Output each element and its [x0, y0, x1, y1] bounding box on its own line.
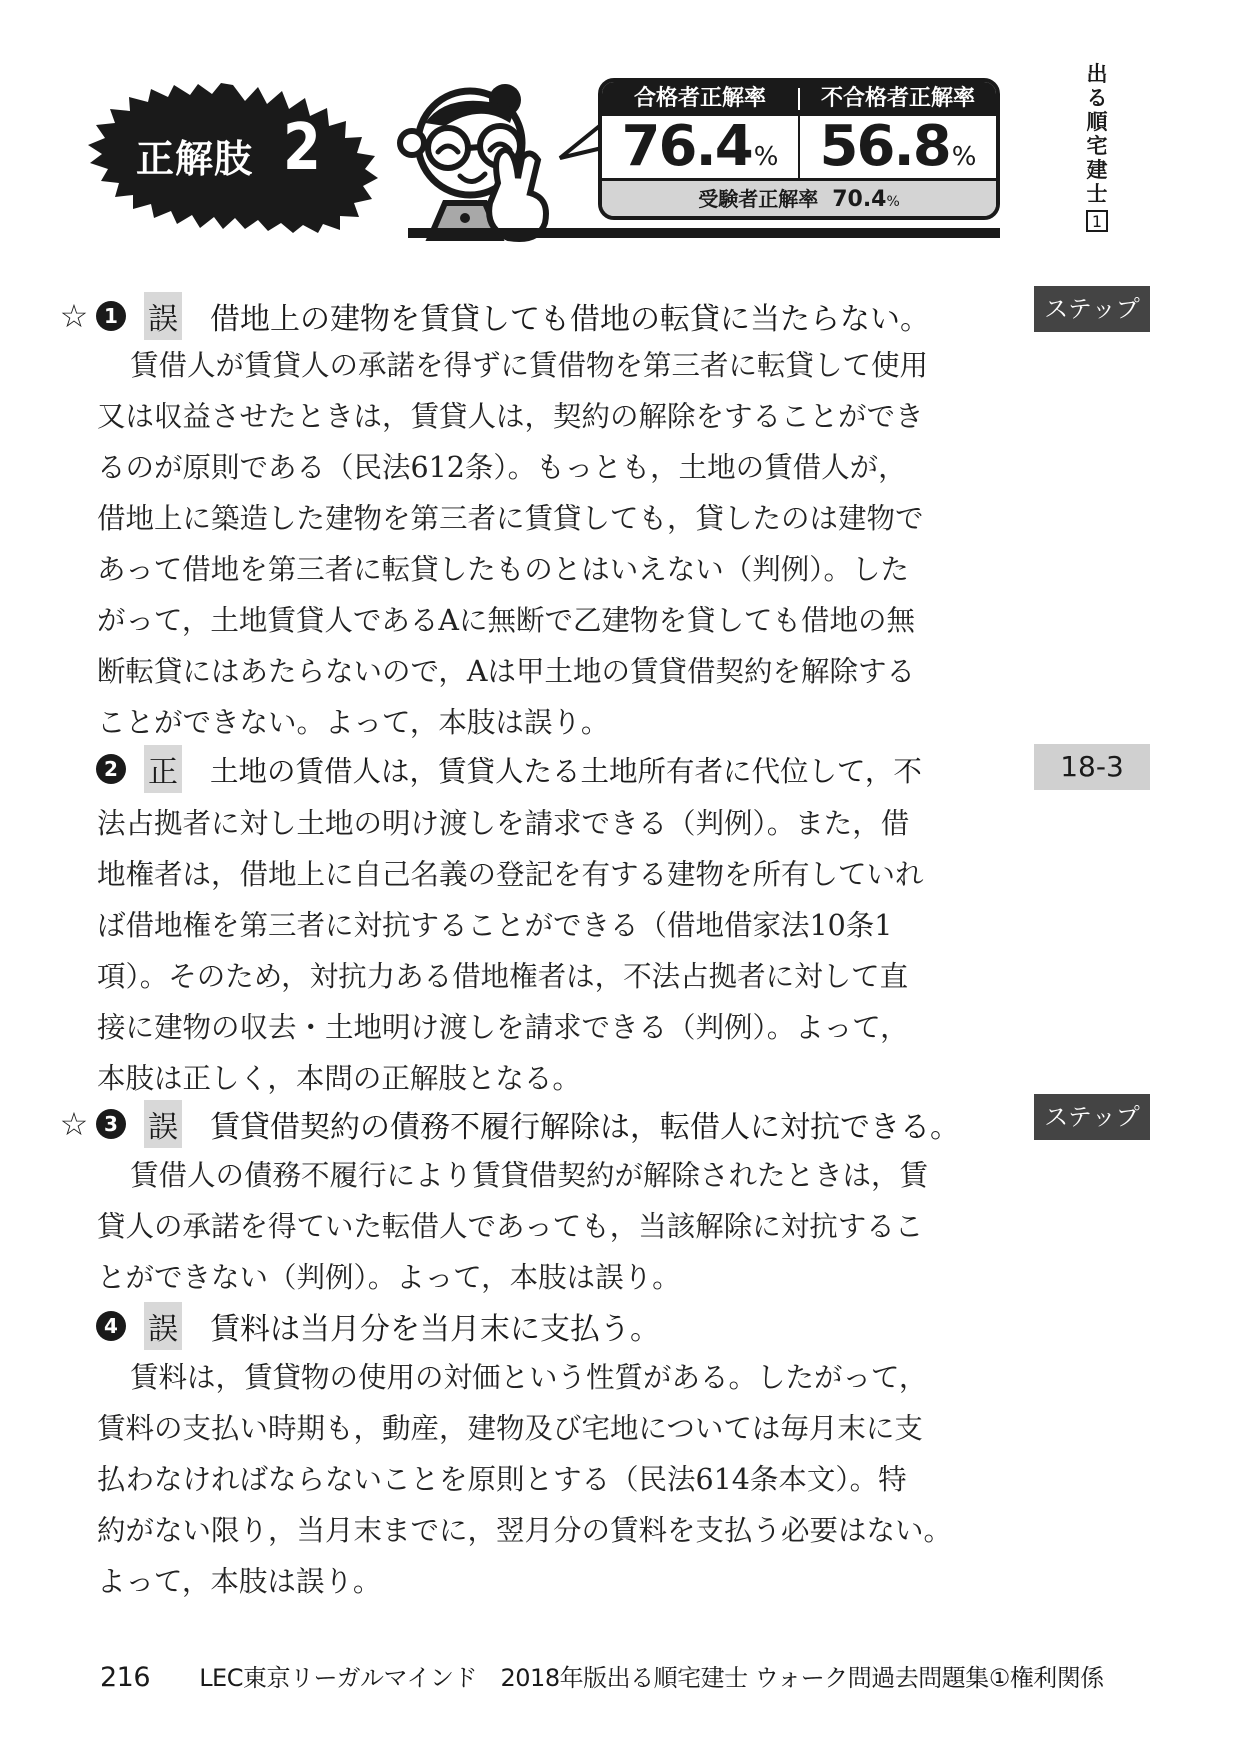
text-line: 接に建物の収去・土地明け渡しを請求できる（判例）。よって，: [97, 1002, 997, 1053]
past-exam-reference-tag: 18-3: [1034, 744, 1150, 790]
star-icon: ☆: [56, 1105, 92, 1143]
verdict-badge: 正: [144, 745, 182, 793]
text-line: 貸人の承諾を得ていた転借人であっても，当該解除に対抗するこ: [97, 1201, 997, 1252]
choice-4-heading: 4 誤 賃料は当月分を当月末に支払う。: [56, 1302, 660, 1350]
choice-number-badge: 2: [96, 754, 126, 784]
correct-answer-burst: 正解肢 2: [88, 83, 378, 233]
side-title-char: る: [1082, 86, 1112, 110]
choice-2-heading: 2 正 土地の賃借人は，賃貸人たる土地所有者に代位して，不: [56, 745, 922, 793]
choice-title: 賃料は当月分を当月末に支払う。: [210, 1304, 660, 1348]
verdict-badge: 誤: [144, 292, 182, 340]
text-line: 賃借人が賃貸人の承諾を得ずに賃借物を第三者に転貸して使用: [97, 340, 997, 391]
text-line: あって借地を第三者に転貸したものとはいえない（判例）。した: [97, 544, 997, 595]
examinee-rate-row: 受験者正解率70.4%: [602, 181, 996, 219]
text-line: 借地上に築造した建物を第三者に賃貸しても，貸したのは建物で: [97, 493, 997, 544]
passer-rate-label: 合格者正解率: [602, 82, 798, 116]
choice-title: 借地上の建物を賃貸しても借地の転貸に当たらない。: [210, 294, 930, 338]
publication-title: LEC東京リーガルマインド 2018年版出る順宅建士 ウォーク問過去問題集①権利…: [199, 1664, 1104, 1692]
page-number: 216: [100, 1662, 150, 1693]
choice-number-badge: 4: [96, 1311, 126, 1341]
answer-label: 正解肢: [136, 128, 253, 183]
text-line: 賃料の支払い時期も，動産，建物及び宅地については毎月末に支: [97, 1403, 997, 1454]
percent-sign: %: [754, 142, 779, 172]
non-passer-rate-cell: 56.8%: [800, 116, 996, 178]
side-title-char: 士: [1082, 182, 1112, 206]
text-line: 約がない限り，当月末までに，翌月分の賃料を支払う必要はない。: [97, 1505, 997, 1556]
text-line: がって，土地賃貸人であるAに無断で乙建物を貸しても借地の無: [97, 595, 997, 646]
text-line: 賃借人の債務不履行により賃貸借契約が解除されたときは，賃: [97, 1150, 997, 1201]
stats-header: 合格者正解率 不合格者正解率: [602, 82, 996, 116]
passer-rate-cell: 76.4%: [602, 116, 800, 178]
text-line: 又は収益させたときは，賃貸人は，契約の解除をすることができ: [97, 391, 997, 442]
choice-title: 賃貸借契約の債務不履行解除は，転借人に対抗できる。: [210, 1102, 960, 1146]
examinee-rate-label: 受験者正解率: [698, 187, 818, 211]
choice-3-heading: ☆ 3 誤 賃貸借契約の債務不履行解除は，転借人に対抗できる。: [56, 1100, 960, 1148]
choice-1-explanation: 賃借人が賃貸人の承諾を得ずに賃借物を第三者に転貸して使用 又は収益させたときは，…: [97, 340, 997, 748]
stats-values: 76.4% 56.8%: [602, 116, 996, 181]
accuracy-stats-box: 合格者正解率 不合格者正解率 76.4% 56.8% 受験者正解率70.4%: [598, 78, 1000, 220]
answer-number: 2: [283, 111, 321, 185]
text-line: ば借地権を第三者に対抗することができる（借地借家法10条1: [97, 900, 997, 951]
choice-3-explanation: 賃借人の債務不履行により賃貸借契約が解除されたときは，賃 貸人の承諾を得ていた転…: [97, 1150, 997, 1303]
step-reference-tag: ステップ98: [1034, 1094, 1150, 1140]
non-passer-rate-label: 不合格者正解率: [800, 82, 996, 116]
side-book-title: 出 る 順 宅 建 士 1: [1082, 62, 1112, 232]
side-title-char: 出: [1082, 62, 1112, 86]
text-line: 法占拠者に対し土地の明け渡しを請求できる（判例）。また，借: [97, 798, 997, 849]
side-title-volume: 1: [1086, 210, 1108, 232]
text-line: ことができない。よって，本肢は誤り。: [97, 697, 997, 748]
side-title-char: 順: [1082, 110, 1112, 134]
text-line: 払わなければならないことを原則とする（民法614条本文）。特: [97, 1454, 997, 1505]
text-line: るのが原則である（民法612条）。もっとも，土地の賃借人が，: [97, 442, 997, 493]
side-title-char: 宅: [1082, 134, 1112, 158]
text-line: 地権者は，借地上に自己名義の登記を有する建物を所有していれ: [97, 849, 997, 900]
percent-sign: %: [886, 194, 899, 210]
side-title-char: 建: [1082, 158, 1112, 182]
text-line: 項）。そのため，対抗力ある借地権者は，不法占拠者に対して直: [97, 951, 997, 1002]
text-line: 賃料は，賃貸物の使用の対価という性質がある。したがって，: [97, 1352, 997, 1403]
star-icon: ☆: [56, 297, 92, 335]
text-line: 本肢は正しく，本問の正解肢となる。: [97, 1053, 997, 1104]
text-line: よって，本肢は誤り。: [97, 1556, 997, 1607]
verdict-badge: 誤: [144, 1302, 182, 1350]
choice-number-badge: 1: [96, 301, 126, 331]
step-reference-tag: ステップ108: [1034, 286, 1150, 332]
choice-4-explanation: 賃料は，賃貸物の使用の対価という性質がある。したがって， 賃料の支払い時期も，動…: [97, 1352, 997, 1607]
non-passer-rate-value: 56.8: [820, 114, 950, 179]
text-line: 断転貸にはあたらないので，Aは甲土地の賃貸借契約を解除する: [97, 646, 997, 697]
choice-1-heading: ☆ 1 誤 借地上の建物を賃貸しても借地の転貸に当たらない。: [56, 292, 930, 340]
choice-title: 土地の賃借人は，賃貸人たる土地所有者に代位して，不: [210, 749, 922, 790]
choice-2-explanation: 法占拠者に対し土地の明け渡しを請求できる（判例）。また，借 地権者は，借地上に自…: [97, 798, 997, 1104]
verdict-badge: 誤: [144, 1100, 182, 1148]
page-footer: 216 LEC東京リーガルマインド 2018年版出る順宅建士 ウォーク問過去問題…: [100, 1658, 1104, 1693]
choice-number-badge: 3: [96, 1109, 126, 1139]
header-rule: [408, 228, 1000, 238]
passer-rate-value: 76.4: [622, 114, 752, 179]
percent-sign: %: [952, 142, 977, 172]
examinee-rate-value: 70.4: [832, 187, 886, 212]
text-line: とができない（判例）。よって，本肢は誤り。: [97, 1252, 997, 1303]
